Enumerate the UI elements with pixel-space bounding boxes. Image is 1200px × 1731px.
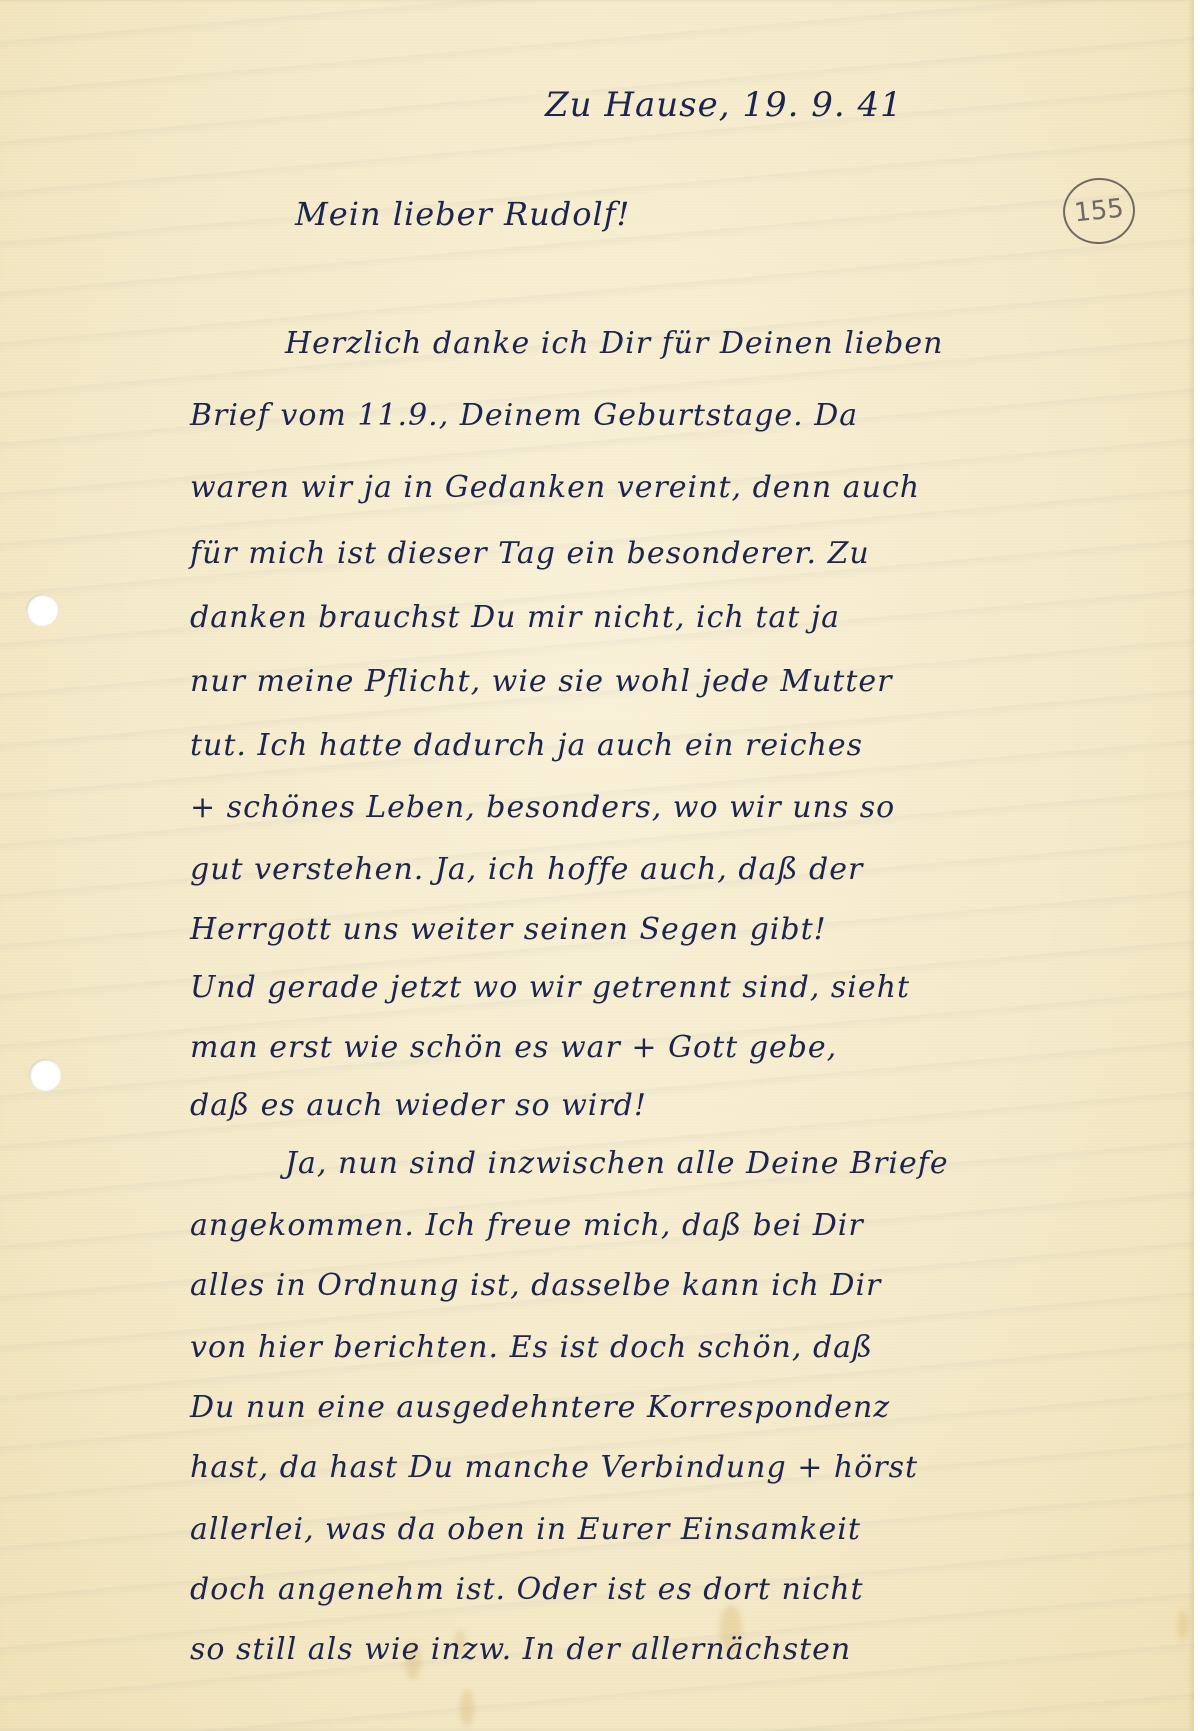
letter-line: + schönes Leben, besonders, wo wir uns s… <box>190 790 1180 825</box>
archive-number-stamp: 155 <box>1060 174 1139 247</box>
letter-line: man erst wie schön es war + Gott gebe, <box>190 1030 1180 1065</box>
letter-line: hast, da hast Du manche Verbindung + hör… <box>190 1450 1180 1485</box>
letter-line: allerlei, was da oben in Eurer Einsamkei… <box>190 1512 1180 1547</box>
letter-line: Herzlich danke ich Dir für Deinen lieben <box>285 326 1200 361</box>
letter-scan: Zu Hause, 19. 9. 41 155 Mein lieber Rudo… <box>0 0 1200 1731</box>
letter-place-date: Zu Hause, 19. 9. 41 <box>545 85 903 125</box>
letter-line: angekommen. Ich freue mich, daß bei Dir <box>190 1208 1180 1243</box>
punch-hole <box>29 1059 61 1091</box>
letter-line: Brief vom 11.9., Deinem Geburtstage. Da <box>190 398 1180 433</box>
letter-line: von hier berichten. Es ist doch schön, d… <box>190 1330 1180 1365</box>
salutation: Mein lieber Rudolf! <box>295 195 630 233</box>
letter-line: Ja, nun sind inzwischen alle Deine Brief… <box>285 1146 1200 1181</box>
letter-line: daß es auch wieder so wird! <box>190 1088 1180 1123</box>
stain <box>460 1690 474 1726</box>
letter-line: danken brauchst Du mir nicht, ich tat ja <box>190 600 1180 635</box>
letter-line: tut. Ich hatte dadurch ja auch ein reich… <box>190 728 1180 763</box>
punch-hole <box>26 594 58 626</box>
letter-line: so still als wie inzw. In der allernächs… <box>190 1632 1180 1667</box>
paper-sheet: Zu Hause, 19. 9. 41 155 Mein lieber Rudo… <box>0 0 1194 1731</box>
letter-line: für mich ist dieser Tag ein besonderer. … <box>190 536 1180 571</box>
letter-line: Und gerade jetzt wo wir getrennt sind, s… <box>190 970 1180 1005</box>
letter-line: Du nun eine ausgedehntere Korrespondenz <box>190 1390 1180 1425</box>
letter-line: gut verstehen. Ja, ich hoffe auch, daß d… <box>190 852 1180 887</box>
letter-line: nur meine Pflicht, wie sie wohl jede Mut… <box>190 664 1180 699</box>
letter-line: Herrgott uns weiter seinen Segen gibt! <box>190 912 1180 947</box>
letter-line: doch angenehm ist. Oder ist es dort nich… <box>190 1572 1180 1607</box>
letter-line: waren wir ja in Gedanken vereint, denn a… <box>190 470 1180 505</box>
letter-line: alles in Ordnung ist, dasselbe kann ich … <box>190 1268 1180 1303</box>
